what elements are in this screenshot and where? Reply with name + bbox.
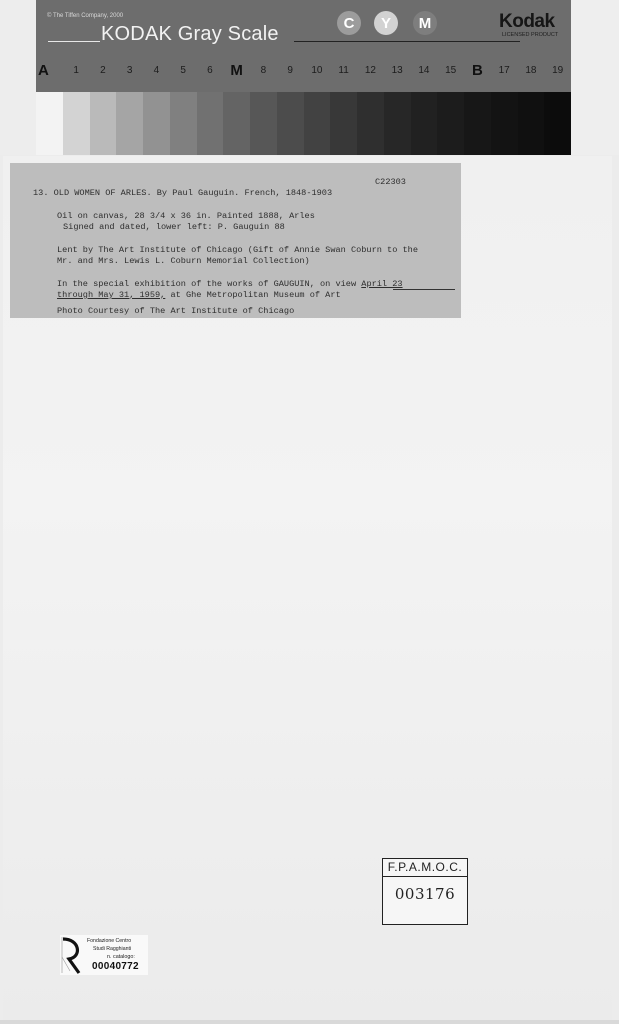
- gray-patch: [464, 92, 491, 155]
- gray-patch: [330, 92, 357, 155]
- medium-line: Oil on canvas, 28 3/4 x 36 in. Painted 1…: [57, 211, 315, 221]
- lender-line: Mr. and Mrs. Lewis L. Coburn Memorial Co…: [57, 256, 310, 266]
- gray-patch: [36, 92, 63, 155]
- magenta-marker-icon: M: [413, 11, 437, 35]
- gray-patch: [437, 92, 464, 155]
- lender-line: Lent by The Art Institute of Chicago (Gi…: [57, 245, 418, 255]
- sticker-institution: Studi Ragghianti: [93, 946, 131, 952]
- typed-museum-label: C22303 13. OLD WOMEN OF ARLES. By Paul G…: [10, 163, 461, 318]
- typed-underline: [393, 289, 455, 290]
- scale-label: 6: [197, 65, 223, 76]
- scale-label: 11: [331, 65, 357, 76]
- cyan-marker-icon: C: [337, 11, 361, 35]
- gray-patch: [90, 92, 117, 155]
- sticker-catalog-number: 00040772: [92, 961, 139, 972]
- scale-label: 10: [304, 65, 330, 76]
- scale-label: 13: [384, 65, 410, 76]
- exhibition-end-date: through May 31, 1959,: [57, 290, 165, 300]
- gray-patch: [277, 92, 304, 155]
- signed-line: Signed and dated, lower left: P. Gauguin…: [63, 222, 285, 232]
- exhibition-line: In the special exhibition of the works o…: [57, 279, 403, 289]
- gray-patch: [518, 92, 545, 155]
- gray-patch: [544, 92, 571, 155]
- scale-label: 19: [545, 65, 571, 76]
- kodak-title: KODAK Gray Scale: [101, 23, 279, 46]
- gray-patch: [384, 92, 411, 155]
- kodak-licensed-text: LICENSED PRODUCT: [502, 32, 558, 38]
- scale-label: 18: [518, 65, 544, 76]
- scale-label: 4: [143, 65, 169, 76]
- exhibition-text: In the special exhibition of the works o…: [57, 279, 361, 289]
- scale-label: 8: [250, 65, 276, 76]
- scale-label: 15: [438, 65, 464, 76]
- sticker-catalog-label: n. catalogo:: [107, 954, 135, 960]
- kodak-copyright: © The Tiffen Company, 2000: [47, 13, 123, 19]
- stamp-number: 003176: [383, 885, 467, 903]
- gray-patch: [116, 92, 143, 155]
- gray-patch: [491, 92, 518, 155]
- kodak-gray-scale-card: © The Tiffen Company, 2000 KODAK Gray Sc…: [36, 0, 571, 155]
- gray-patch: [411, 92, 438, 155]
- gray-patch: [223, 92, 250, 155]
- gray-patch: [357, 92, 384, 155]
- scale-label: 1: [63, 65, 89, 76]
- exhibition-venue: at Ghe Metropolitan Museum of Art: [165, 290, 340, 300]
- scanner-background: [571, 0, 619, 155]
- title-underline: [48, 41, 100, 42]
- gray-patch: [63, 92, 90, 155]
- title-underline: [294, 41, 520, 42]
- sticker-institution: Fondazione Centro: [87, 938, 131, 944]
- exhibition-start-date: April 23: [361, 279, 402, 289]
- exhibition-line: through May 31, 1959, at Ghe Metropolita…: [57, 290, 341, 300]
- catalog-code: C22303: [375, 177, 406, 187]
- yellow-marker-icon: Y: [374, 11, 398, 35]
- scale-label: 2: [90, 65, 116, 76]
- gray-patch: [250, 92, 277, 155]
- scale-label: 12: [357, 65, 383, 76]
- scale-label: 9: [277, 65, 303, 76]
- stamp-header: F.P.A.M.O.C.: [383, 859, 467, 877]
- scale-label: 14: [411, 65, 437, 76]
- gray-patch: [170, 92, 197, 155]
- scale-label: B: [464, 62, 490, 79]
- gray-scale-labels: A123456M89101112131415B171819: [36, 62, 571, 82]
- sheet-shadow: [0, 1020, 619, 1024]
- gray-patch: [304, 92, 331, 155]
- kodak-title-row: KODAK Gray Scale: [48, 22, 528, 44]
- scale-label: A: [30, 62, 56, 79]
- scale-label: 3: [117, 65, 143, 76]
- kodak-logo: Kodak: [499, 11, 555, 33]
- gray-scale-patches: [36, 92, 571, 155]
- gray-patch: [197, 92, 224, 155]
- photo-credit-line: Photo Courtesy of The Art Institute of C…: [57, 306, 294, 316]
- gray-patch: [143, 92, 170, 155]
- ragghianti-r-logo-icon: [60, 935, 82, 975]
- fpamoc-stamp: F.P.A.M.O.C. 003176: [382, 858, 468, 925]
- artwork-title-line: 13. OLD WOMEN OF ARLES. By Paul Gauguin.…: [33, 188, 332, 198]
- catalog-sticker: Fondazione Centro Studi Ragghianti n. ca…: [60, 935, 148, 975]
- scale-label: 5: [170, 65, 196, 76]
- scale-label: M: [224, 62, 250, 79]
- scale-label: 17: [491, 65, 517, 76]
